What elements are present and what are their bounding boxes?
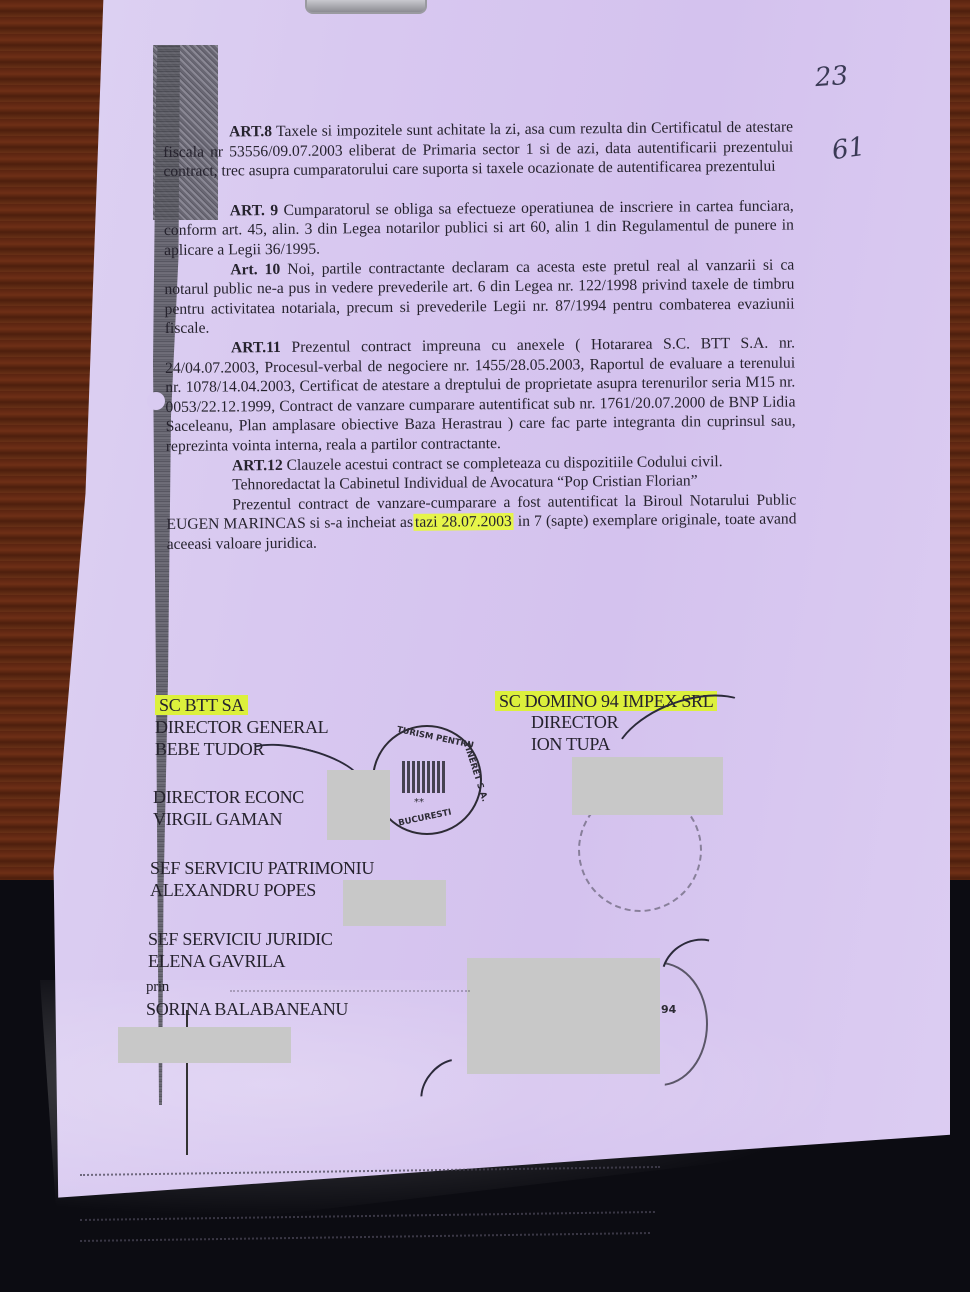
stamp-number: 94 — [661, 1003, 676, 1016]
signatory-name: VIRGIL GAMAN — [153, 808, 304, 830]
signatory-name: ALEXANDRU POPES — [150, 879, 374, 901]
signatory-name: SORINA BALABANEANU — [146, 998, 348, 1020]
seller-block-economic: DIRECTOR ECONC VIRGIL GAMAN — [153, 786, 304, 830]
paper-clip-icon — [305, 0, 427, 14]
article-11: ART.11 Prezentul contract impreuna cu an… — [165, 333, 796, 456]
signatory-title: prin — [146, 976, 348, 998]
highlighted-date: tazi 28.07.2003 — [413, 513, 514, 531]
signatory-title: DIRECTOR ECONC — [153, 786, 304, 808]
article-9: ART. 9 Cumparatorul se obliga sa efectue… — [164, 196, 794, 260]
punch-hole — [147, 392, 165, 410]
redaction-box — [327, 770, 390, 840]
seller-block-patrimoniu: SEF SERVICIU PATRIMONIU ALEXANDRU POPES — [150, 857, 374, 901]
contract-body: ART.8 Taxele si impozitele sunt achitate… — [163, 118, 797, 555]
article-label: ART.12 — [232, 456, 283, 473]
article-10: Art. 10 Noi, partile contractante declar… — [164, 255, 795, 339]
article-label: ART.11 — [231, 339, 281, 356]
signatory-title: DIRECTOR — [531, 711, 618, 733]
signatory-title: SEF SERVICIU PATRIMONIU — [150, 857, 374, 879]
stamp-emblem-icon — [402, 761, 446, 793]
handwritten-folio-number: 61 — [830, 132, 867, 166]
signatory-name: ELENA GAVRILA — [148, 950, 333, 972]
redaction-box — [118, 1027, 291, 1063]
authentication-clause: Prezentul contract de vanzare-cumparare … — [166, 490, 796, 554]
redaction-box — [467, 958, 660, 1074]
seller-company: SC BTT SA — [155, 695, 248, 715]
buyer-signatory: DIRECTOR ION TUPA — [531, 711, 618, 755]
article-8: ART.8 Taxele si impozitele sunt achitate… — [163, 118, 793, 182]
signatory-title: SEF SERVICIU JURIDIC — [148, 928, 333, 950]
article-label: ART. 9 — [230, 202, 279, 219]
redaction-box — [572, 757, 723, 815]
handwritten-page-number: 23 — [814, 61, 849, 93]
signatory-name: ION TUPA — [531, 733, 618, 755]
seller-block-proxy: prin SORINA BALABANEANU — [146, 976, 348, 1020]
seller-block-juridic: SEF SERVICIU JURIDIC ELENA GAVRILA — [148, 928, 333, 972]
bleed-through-line — [230, 990, 470, 992]
article-label: Art. 10 — [230, 261, 280, 278]
redaction-box — [343, 880, 446, 926]
signatory-title: DIRECTOR GENERAL — [155, 716, 328, 738]
article-label: ART.8 — [229, 123, 272, 140]
article-text: Clauzele acestui contract se completeaza… — [283, 453, 723, 474]
